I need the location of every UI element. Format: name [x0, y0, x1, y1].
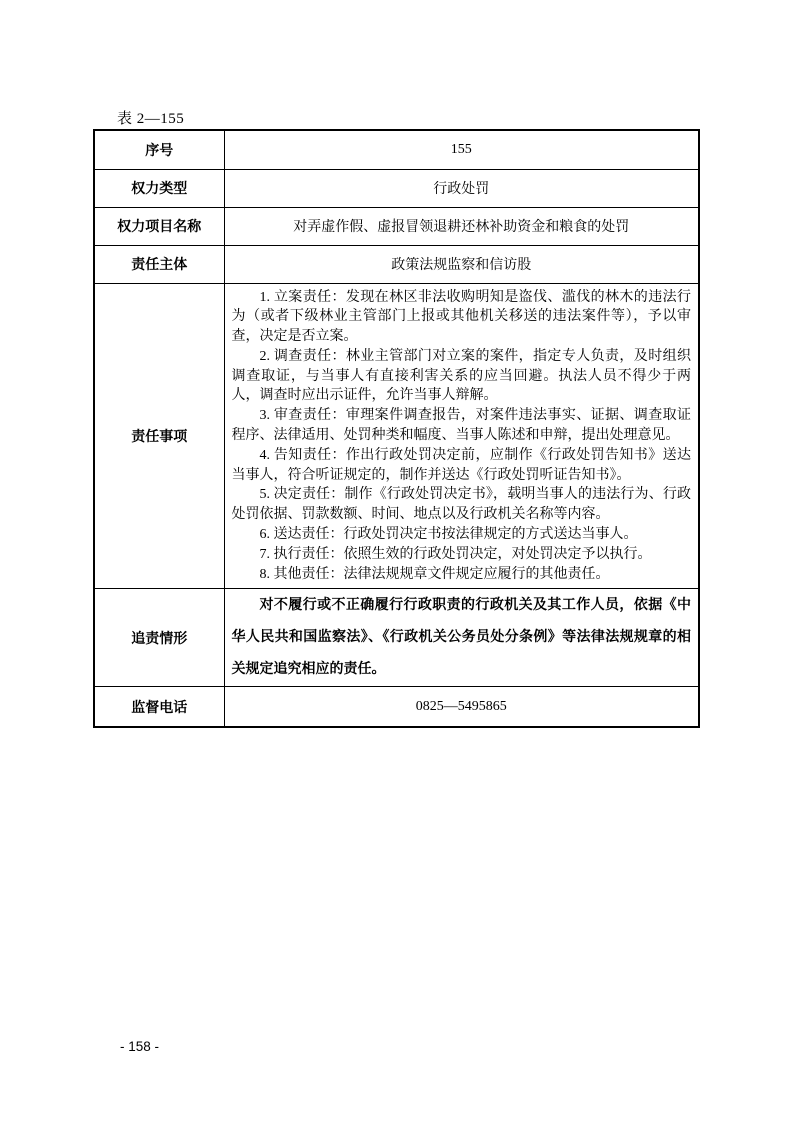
responsibility-item: 6. 送达责任：行政处罚决定书按法律规定的方式送达当事人。	[232, 525, 692, 545]
row-accountability-situations: 追责情形 对不履行或不正确履行行政职责的行政机关及其工作人员，依据《中华人民共和…	[94, 589, 699, 687]
page-number: - 158 -	[120, 1039, 159, 1054]
responsibility-item: 7. 执行责任：依照生效的行政处罚决定，对处罚决定予以执行。	[232, 545, 692, 565]
row-label: 监督电话	[94, 687, 224, 727]
row-value: 0825—5495865	[224, 687, 699, 727]
responsibility-item: 3. 审查责任：审理案件调查报告，对案件违法事实、证据、调查取证程序、法律适用、…	[232, 406, 692, 446]
row-responsible-body: 责任主体 政策法规监察和信访股	[94, 245, 699, 283]
table-caption: 表 2—155	[117, 107, 184, 128]
row-value: 政策法规监察和信访股	[224, 245, 699, 283]
power-item-table: 序号 155 权力类型 行政处罚 权力项目名称 对弄虚作假、虚报冒领退耕还林补助…	[93, 129, 700, 728]
responsibility-item: 4. 告知责任：作出行政处罚决定前，应制作《行政处罚告知书》送达当事人，符合听证…	[232, 446, 692, 486]
row-power-item-name: 权力项目名称 对弄虚作假、虚报冒领退耕还林补助资金和粮食的处罚	[94, 207, 699, 245]
row-label: 责任主体	[94, 245, 224, 283]
row-label: 责任事项	[94, 283, 224, 589]
row-label: 权力项目名称	[94, 207, 224, 245]
row-value: 对不履行或不正确履行行政职责的行政机关及其工作人员，依据《中华人民共和国监察法》…	[224, 589, 699, 687]
accountability-text: 对不履行或不正确履行行政职责的行政机关及其工作人员，依据《中华人民共和国监察法》…	[232, 590, 692, 686]
row-value: 1. 立案责任：发现在林区非法收购明知是盗伐、滥伐的林木的违法行为（或者下级林业…	[224, 283, 699, 589]
row-serial-number: 序号 155	[94, 130, 699, 169]
row-responsibility-items: 责任事项 1. 立案责任：发现在林区非法收购明知是盗伐、滥伐的林木的违法行为（或…	[94, 283, 699, 589]
responsibility-item: 1. 立案责任：发现在林区非法收购明知是盗伐、滥伐的林木的违法行为（或者下级林业…	[232, 288, 692, 347]
document-page: 表 2—155 序号 155 权力类型 行政处罚 权力项目名称 对弄虚作假、虚报…	[0, 0, 793, 1122]
row-power-type: 权力类型 行政处罚	[94, 169, 699, 207]
row-value: 对弄虚作假、虚报冒领退耕还林补助资金和粮食的处罚	[224, 207, 699, 245]
row-label: 权力类型	[94, 169, 224, 207]
row-value: 行政处罚	[224, 169, 699, 207]
responsibility-item: 8. 其他责任：法律法规规章文件规定应履行的其他责任。	[232, 565, 692, 585]
responsibility-item: 5. 决定责任：制作《行政处罚决定书》，载明当事人的违法行为、行政处罚依据、罚款…	[232, 485, 692, 525]
row-value: 155	[224, 130, 699, 169]
responsibility-item: 2. 调查责任：林业主管部门对立案的案件，指定专人负责，及时组织调查取证，与当事…	[232, 347, 692, 406]
row-supervision-phone: 监督电话 0825—5495865	[94, 687, 699, 727]
row-label: 追责情形	[94, 589, 224, 687]
row-label: 序号	[94, 130, 224, 169]
